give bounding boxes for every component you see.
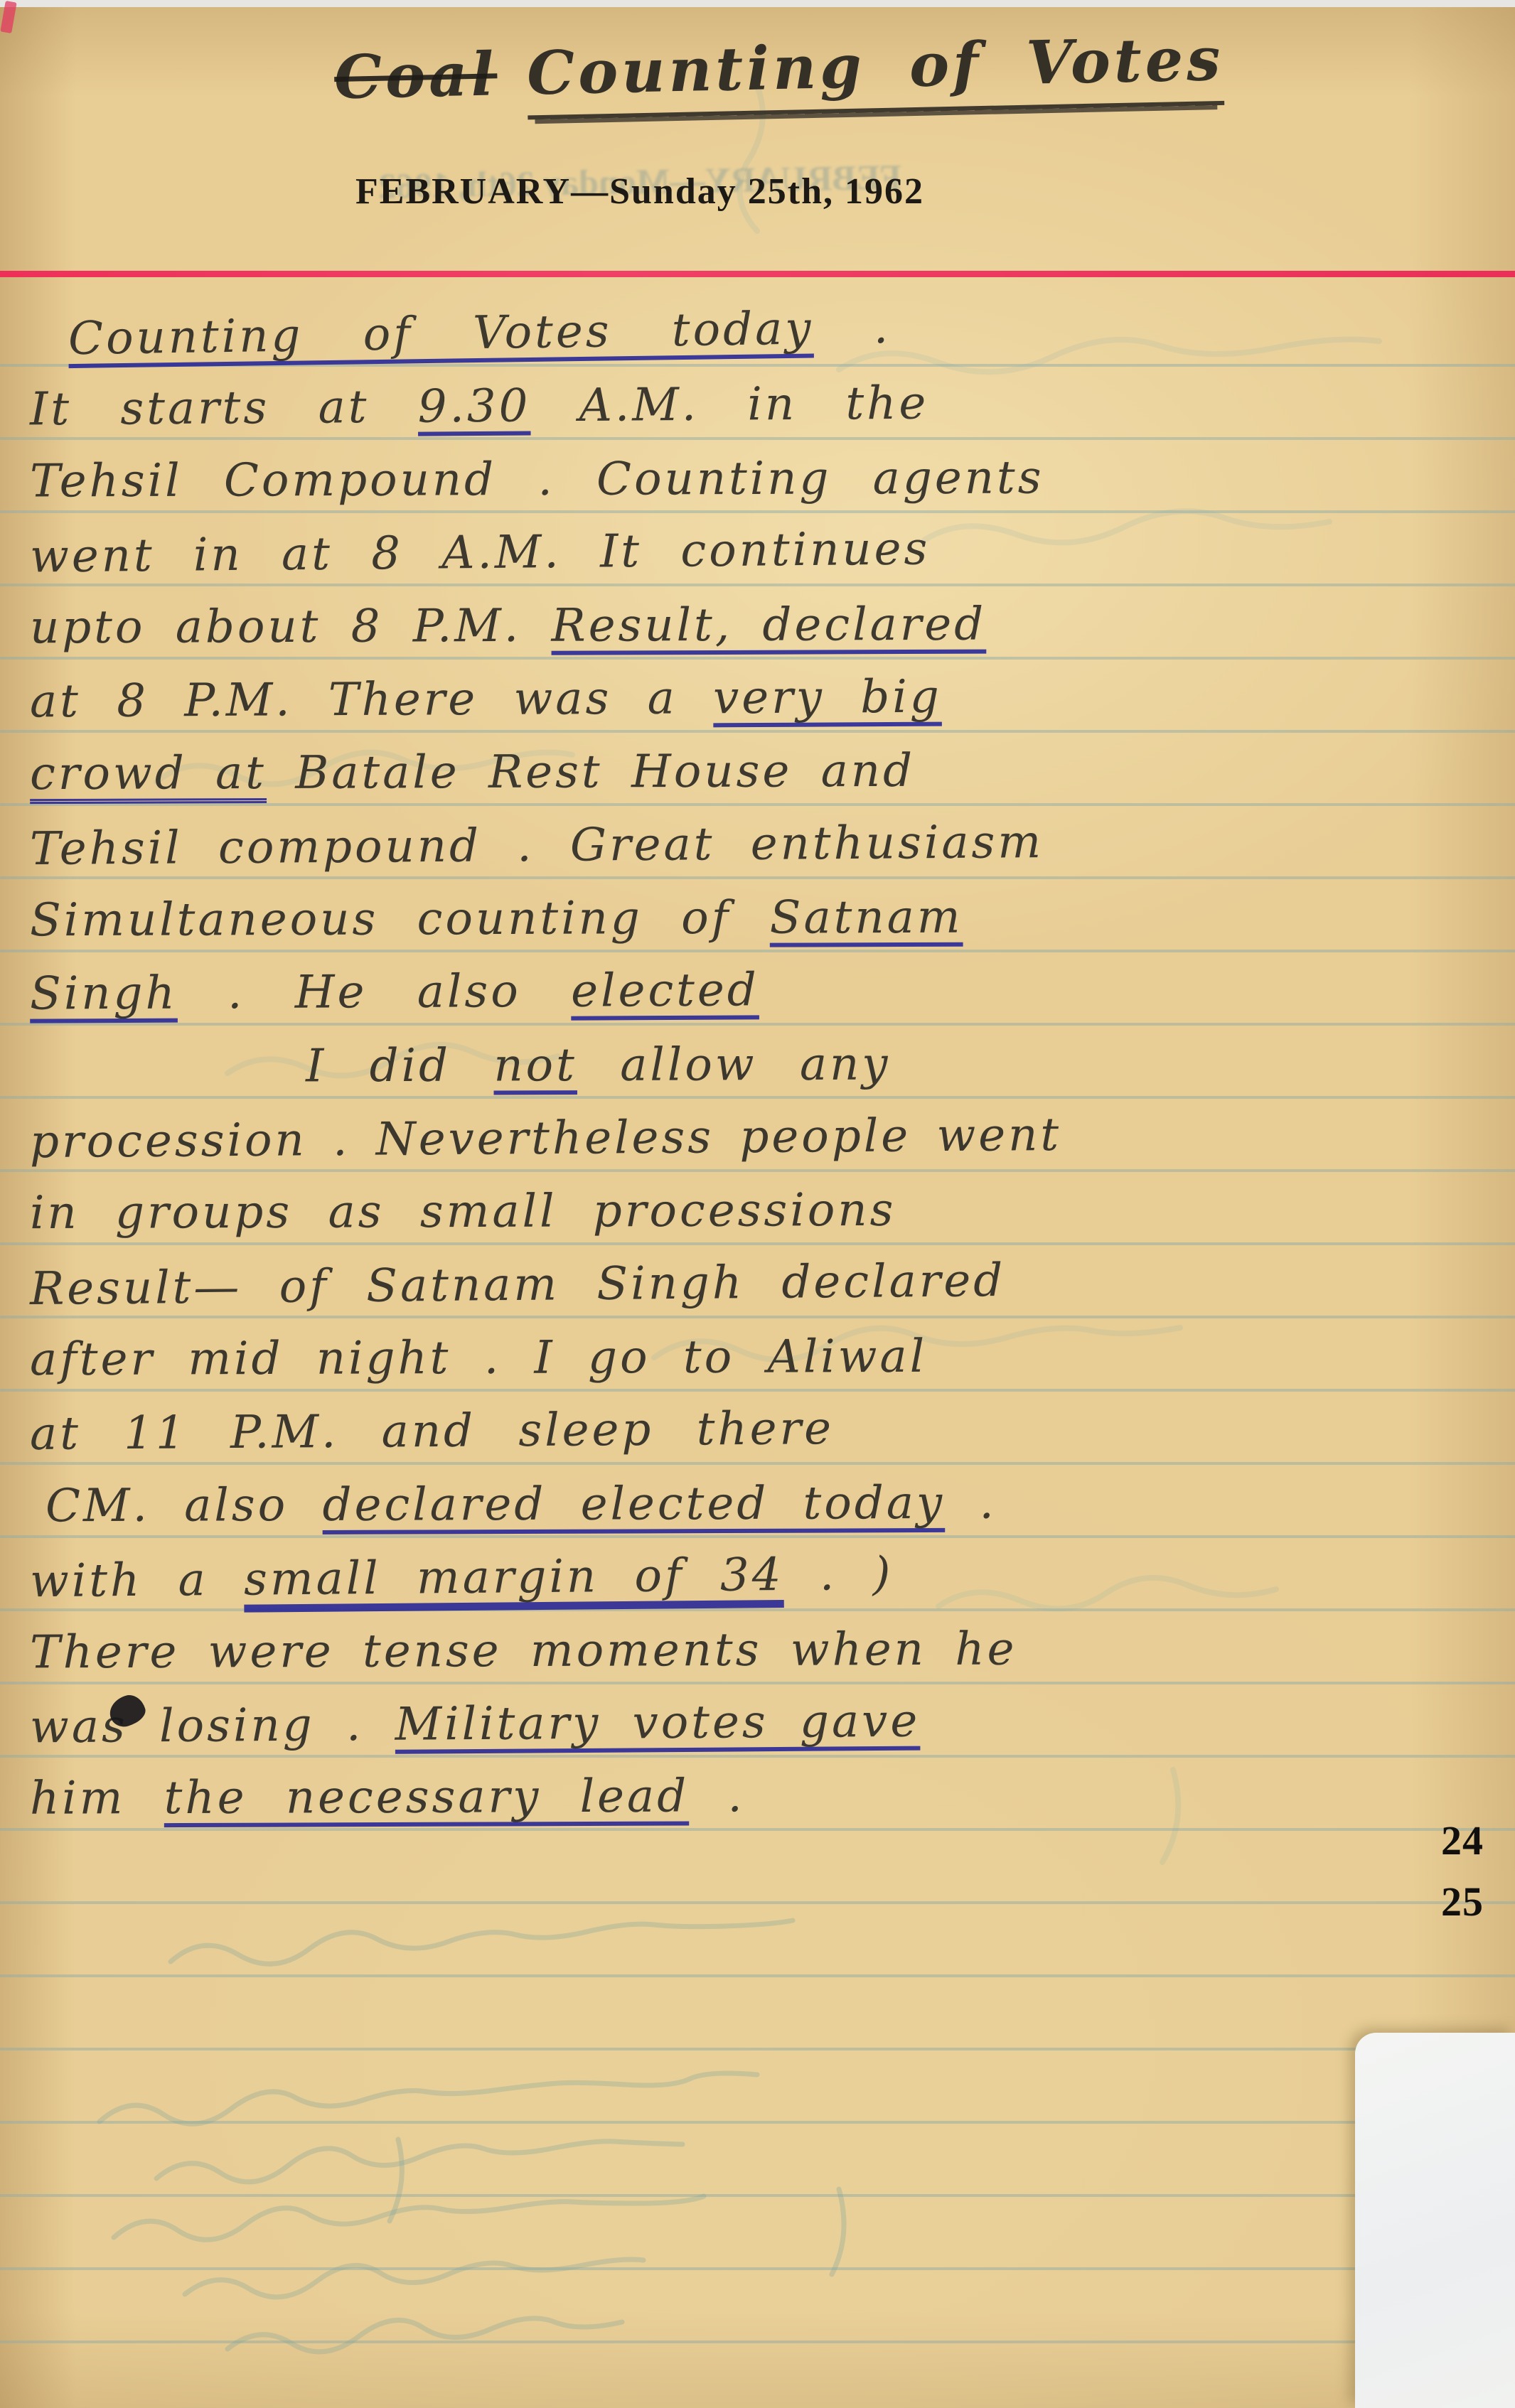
diary-body: Counting of Votes today .It starts at 9.… <box>0 0 1515 2408</box>
underlined-phrase: Counting of Votes today <box>68 302 814 365</box>
diary-text: him <box>30 1772 164 1825</box>
diary-text: . <box>689 1770 745 1822</box>
diary-text: . He also <box>178 965 572 1020</box>
diary-line: There were tense moments when he <box>30 1623 1017 1679</box>
diary-text: upto about 8 P.M. <box>30 600 552 655</box>
diary-line: Simultaneous counting of Satnam <box>30 891 963 947</box>
diary-text: Batale Rest House and <box>267 745 915 800</box>
diary-line: I did not allow any <box>306 1038 891 1093</box>
diary-text: procession . Nevertheless people went <box>30 1109 1062 1168</box>
diary-line: Tehsil Compound . Counting agents <box>30 452 1044 508</box>
diary-line: Singh . He also elected <box>30 964 759 1020</box>
underlined-phrase: declared elected today <box>322 1477 945 1532</box>
underlined-phrase: Military votes gave <box>395 1695 920 1751</box>
diary-page: FEBRUARY—Monday 26th, 1962 FEBRUARY—Sund… <box>0 0 1515 2408</box>
diary-line: went in at 8 A.M. It continues <box>30 522 931 583</box>
page-number: 25 <box>1384 1878 1484 1925</box>
diary-line: was losing . Military votes gave <box>30 1695 921 1754</box>
diary-text: with a <box>30 1554 245 1608</box>
diary-text: Simultaneous counting of <box>30 892 770 947</box>
diary-text: Result— of Satnam Singh declared <box>30 1254 1006 1316</box>
diary-text: CM. also <box>45 1479 323 1532</box>
underlined-phrase: 9.30 <box>418 380 531 433</box>
diary-text: . <box>945 1477 997 1530</box>
diary-line: with a small margin of 34 . ) <box>30 1548 894 1608</box>
diary-line: at 8 P.M. There was a very big <box>30 671 942 729</box>
diary-text: . ) <box>783 1548 894 1601</box>
diary-line: in groups as small processions <box>30 1184 896 1240</box>
underlined-phrase: Satnam <box>770 891 963 945</box>
diary-text: It starts at <box>30 381 418 436</box>
underlined-phrase: crowd at <box>30 747 267 800</box>
diary-text: A.M. in the <box>530 377 928 433</box>
underlined-phrase: the necessary lead <box>164 1770 690 1825</box>
diary-line: Result— of Satnam Singh declared <box>30 1254 1006 1316</box>
diary-line: crowd at Batale Rest House and <box>30 745 915 800</box>
diary-text: Tehsil Compound . Counting agents <box>30 452 1044 508</box>
diary-line: procession . Nevertheless people went <box>30 1109 1062 1168</box>
underlined-phrase: small margin of 34 <box>244 1549 784 1606</box>
diary-text: in groups as small processions <box>30 1184 896 1240</box>
page-number: 24 <box>1384 1817 1484 1864</box>
diary-line: It starts at 9.30 A.M. in the <box>30 377 929 436</box>
diary-text: allow any <box>577 1038 891 1092</box>
diary-text: There were tense moments when he <box>30 1623 1017 1679</box>
diary-line: upto about 8 P.M. Result, declared <box>30 598 986 655</box>
diary-text: . <box>813 301 892 355</box>
diary-text: after mid night . I go to Aliwal <box>30 1331 927 1386</box>
diary-line: him the necessary lead . <box>30 1770 745 1825</box>
diary-line: Counting of Votes today . <box>68 301 892 365</box>
diary-text: at 11 P.M. and sleep there <box>30 1402 834 1461</box>
diary-line: CM. also declared elected today . <box>45 1477 997 1533</box>
underlined-phrase: very big <box>713 671 942 725</box>
underlined-phrase: Singh <box>30 967 178 1021</box>
diary-line: after mid night . I go to Aliwal <box>30 1331 927 1386</box>
inserted-card <box>1355 2033 1515 2408</box>
diary-text: at 8 P.M. There was a <box>30 672 714 728</box>
underlined-phrase: Result, declared <box>551 598 986 652</box>
underlined-phrase: not <box>493 1039 577 1092</box>
diary-line: Tehsil compound . Great enthusiasm <box>30 816 1044 876</box>
diary-text: was losing . <box>30 1699 395 1754</box>
diary-line: at 11 P.M. and sleep there <box>30 1402 834 1461</box>
diary-text: Tehsil compound . Great enthusiasm <box>30 816 1044 876</box>
diary-text: I did <box>306 1040 494 1093</box>
underlined-phrase: elected <box>571 964 759 1017</box>
diary-text: went in at 8 A.M. It continues <box>30 522 931 583</box>
